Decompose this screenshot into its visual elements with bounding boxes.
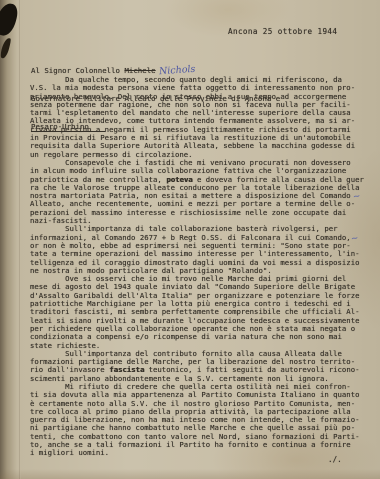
closing-mark: ./. (328, 455, 342, 464)
letter-line: i migliori uomini. (30, 449, 376, 457)
paper-crease (19, 0, 21, 479)
handwritten-mark: ~ (350, 233, 359, 244)
date-line: Ancona 25 ottobre 1944 (228, 27, 337, 36)
letter-body: Da qualche tempo, secondo quanto degli a… (30, 76, 376, 458)
handwritten-mark: ~ (352, 191, 361, 202)
